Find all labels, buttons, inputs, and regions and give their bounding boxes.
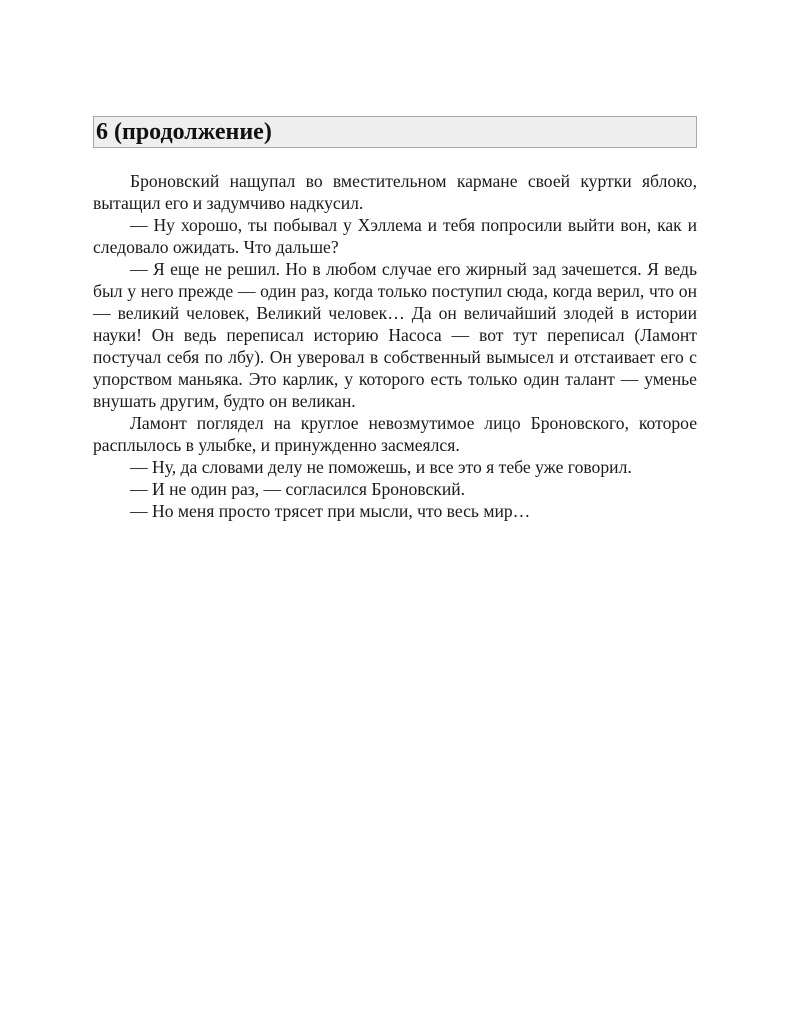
paragraph: Броновский нащупал во вместительном карм…: [93, 170, 697, 214]
paragraph: — Ну, да словами делу не поможешь, и все…: [93, 456, 697, 478]
paragraph: — И не один раз, — согласился Броновский…: [93, 478, 697, 500]
paragraph: — Я еще не решил. Но в любом случае его …: [93, 258, 697, 412]
chapter-heading: 6 (продолжение): [93, 116, 697, 148]
body-text: Броновский нащупал во вместительном карм…: [93, 170, 697, 522]
paragraph: — Но меня просто трясет при мысли, что в…: [93, 500, 697, 522]
paragraph: — Ну хорошо, ты побывал у Хэллема и тебя…: [93, 214, 697, 258]
paragraph: Ламонт поглядел на круглое невозмутимое …: [93, 412, 697, 456]
document-page: 6 (продолжение) Броновский нащупал во вм…: [93, 116, 697, 522]
